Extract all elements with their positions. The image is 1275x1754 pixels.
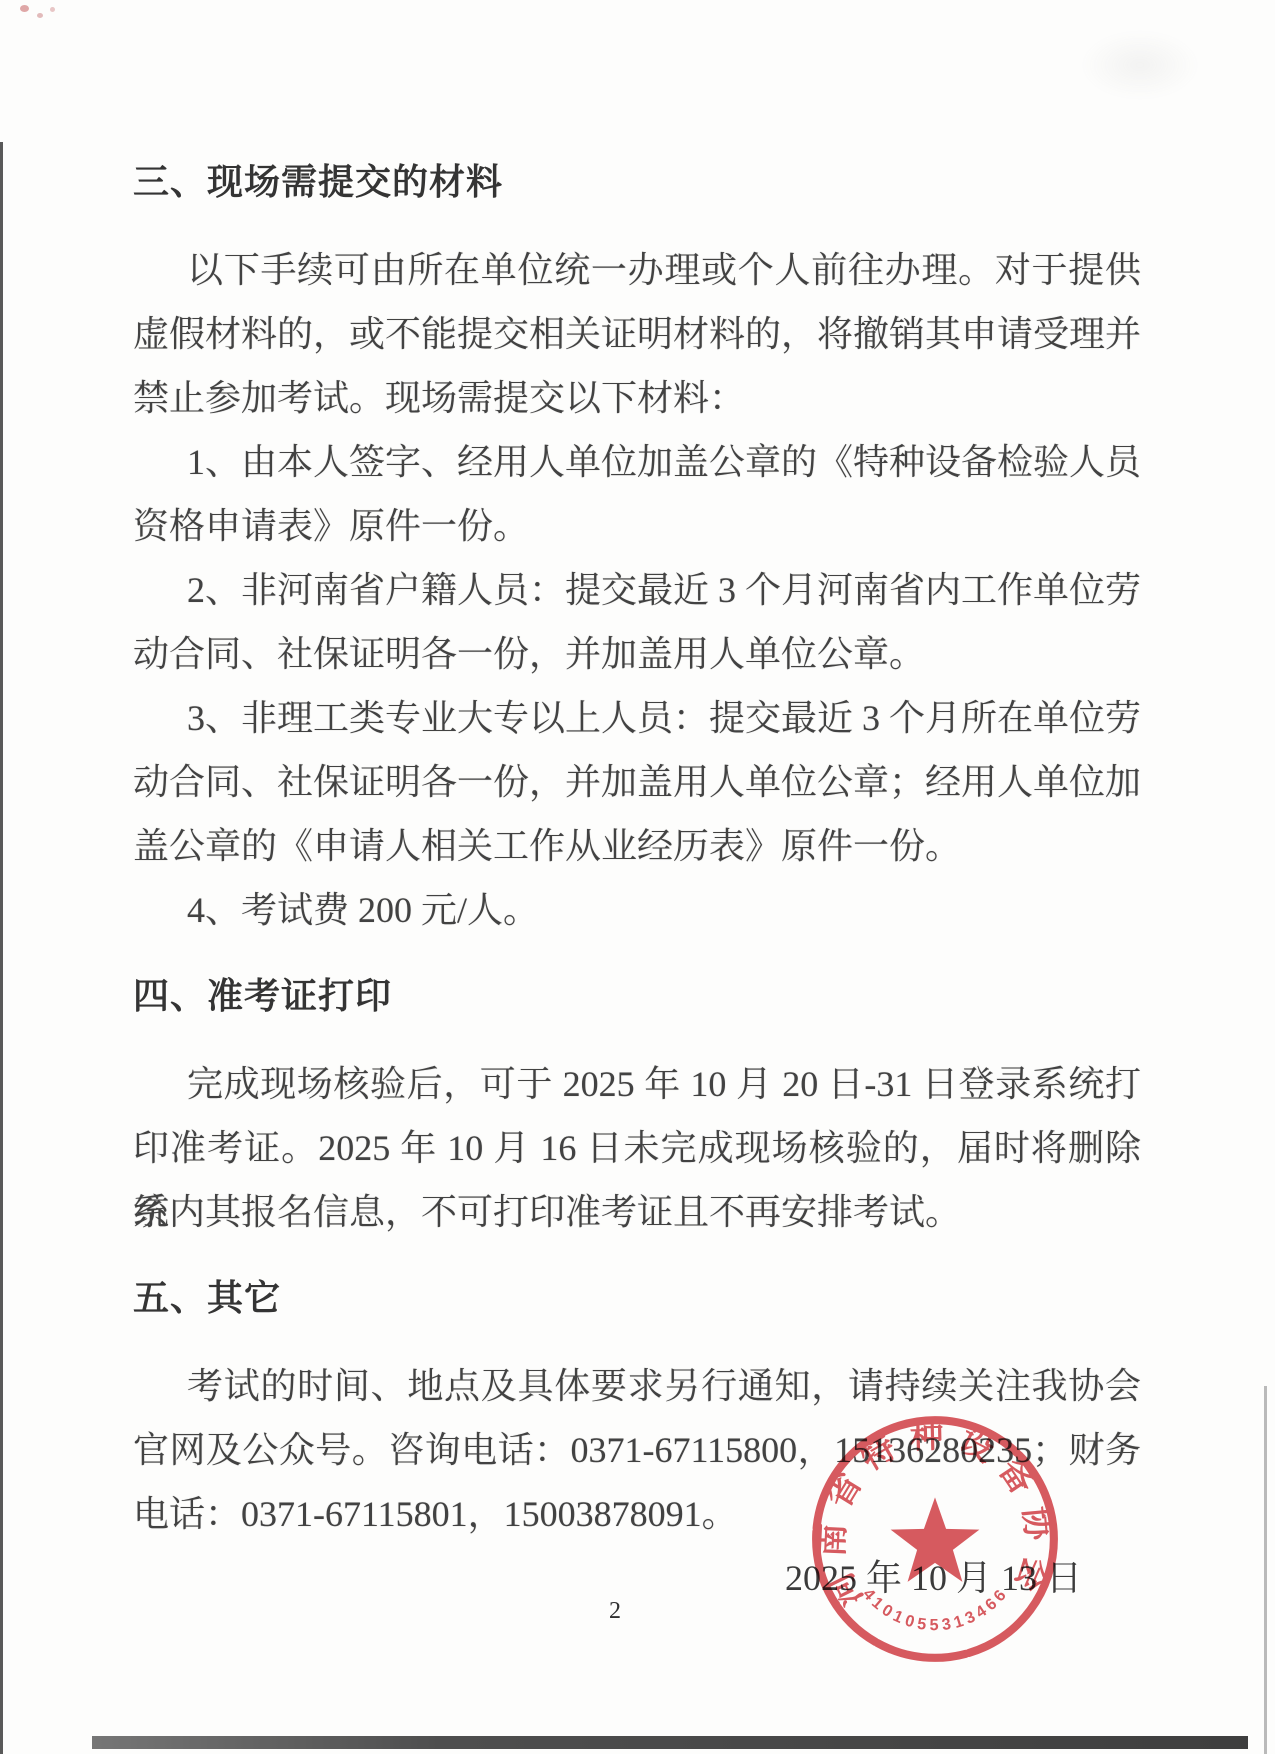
scan-artifact-left-edge [0,142,3,1754]
text-line: 4、考试费 200 元/人。 [133,878,1141,942]
document-body: 三、现场需提交的材料以下手续可由所在单位统一办理或个人前往办理。对于提供虚假材料… [133,128,1141,1546]
text-line: 2、非河南省户籍人员：提交最近 3 个月河南省内工作单位劳 [133,558,1141,622]
text-line: 完成现场核验后，可于 2025 年 10 月 20 日-31 日登录系统打 [133,1052,1141,1116]
text-line: 虚假材料的，或不能提交相关证明材料的，将撤销其申请受理并 [133,302,1141,366]
official-seal: 河南省特种设备协会 4101055313466 [808,1412,1062,1666]
page-number: 2 [585,1598,645,1625]
scan-artifact-smudge [1080,30,1200,100]
scan-artifact-bottom-bar [92,1736,1248,1749]
text-line: 统内其报名信息，不可打印准考证且不再安排考试。 [133,1180,1141,1244]
text-line: 1、由本人签字、经用人单位加盖公章的《特种设备检验人员 [133,430,1141,494]
issue-date: 2025 年 10 月 13 日 [133,1546,1275,1610]
scan-artifact-red-speck [37,13,43,18]
seal-star-icon [891,1497,980,1582]
text-line: 动合同、社保证明各一份，并加盖用人单位公章；经用人单位加 [133,750,1141,814]
text-line: 印准考证。2025 年 10 月 16 日未完成现场核验的，届时将删除系 [133,1116,1141,1180]
text-line: 以下手续可由所在单位统一办理或个人前往办理。对于提供 [133,238,1141,302]
seal-serial-number: 4101055313466 [859,1583,1012,1634]
svg-text:4101055313466: 4101055313466 [859,1583,1012,1634]
text-line: 3、非理工类专业大专以上人员：提交最近 3 个月所在单位劳 [133,686,1141,750]
seal-graphic: 河南省特种设备协会 4101055313466 [808,1412,1062,1666]
scan-artifact-red-speck [50,7,55,12]
scanned-document-page: 三、现场需提交的材料以下手续可由所在单位统一办理或个人前往办理。对于提供虚假材料… [0,0,1275,1754]
text-line: 考试的时间、地点及具体要求另行通知，请持续关注我协会 [133,1354,1141,1418]
text-line: 盖公章的《申请人相关工作从业经历表》原件一份。 [133,814,1141,878]
section-heading: 五、其它 [133,1266,1141,1330]
text-line: 资格申请表》原件一份。 [133,494,1141,558]
text-line: 禁止参加考试。现场需提交以下材料： [133,366,1141,430]
section-heading: 三、现场需提交的材料 [133,150,1141,214]
text-line: 动合同、社保证明各一份，并加盖用人单位公章。 [133,622,1141,686]
section-heading: 四、准考证打印 [133,964,1141,1028]
scan-artifact-right-edge [1264,1386,1267,1754]
scan-artifact-red-speck [20,5,29,12]
